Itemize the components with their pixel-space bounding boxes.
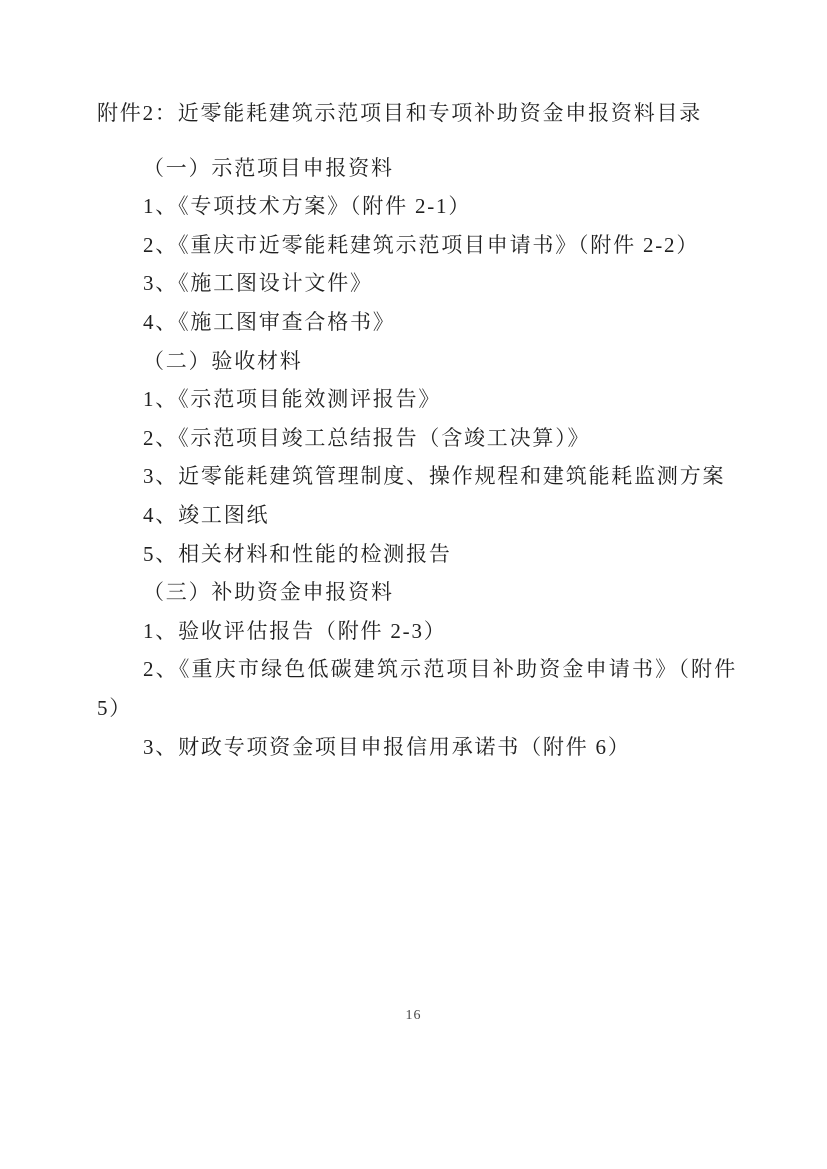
list-item: 3、财政专项资金项目申报信用承诺书（附件 6） xyxy=(97,728,737,767)
document-title: 近零能耗建筑示范项目和专项补助资金申报资料目录 xyxy=(178,101,702,125)
list-item: 2、《重庆市绿色低碳建筑示范项目补助资金申请书》（附件 5） xyxy=(97,650,737,727)
document-page: 附件2：近零能耗建筑示范项目和专项补助资金申报资料目录 （一）示范项目申报资料 … xyxy=(0,0,827,1169)
list-item: 4、《施工图审查合格书》 xyxy=(97,303,737,342)
list-item: 3、近零能耗建筑管理制度、操作规程和建筑能耗监测方案 xyxy=(97,457,737,496)
document-title-line: 附件2：近零能耗建筑示范项目和专项补助资金申报资料目录 xyxy=(97,94,737,133)
list-item: 2、《示范项目竣工总结报告（含竣工决算）》 xyxy=(97,419,737,458)
section-heading: （三）补助资金申报资料 xyxy=(97,573,737,612)
list-item: 3、《施工图设计文件》 xyxy=(97,264,737,303)
list-item: 2、《重庆市近零能耗建筑示范项目申请书》（附件 2-2） xyxy=(97,226,737,265)
list-item: 1、验收评估报告（附件 2-3） xyxy=(97,612,737,651)
page-footer: 16 xyxy=(0,1006,827,1024)
page-number: 16 xyxy=(406,1008,422,1023)
list-item: 5、相关材料和性能的检测报告 xyxy=(97,535,737,574)
list-item: 4、竣工图纸 xyxy=(97,496,737,535)
list-item: 1、《示范项目能效测评报告》 xyxy=(97,380,737,419)
attachment-label: 附件2： xyxy=(97,101,178,125)
section-heading: （二）验收材料 xyxy=(97,342,737,381)
list-item: 1、《专项技术方案》（附件 2-1） xyxy=(97,187,737,226)
document-content: 附件2：近零能耗建筑示范项目和专项补助资金申报资料目录 （一）示范项目申报资料 … xyxy=(97,94,737,766)
section-heading: （一）示范项目申报资料 xyxy=(97,149,737,188)
